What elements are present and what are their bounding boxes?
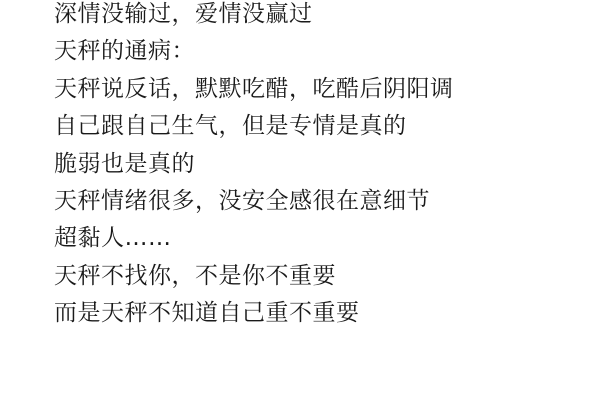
text-line: 深情没输过，爱情没赢过 [54, 0, 454, 33]
text-line: 自己跟自己生气，但是专情是真的 [54, 108, 454, 145]
text-line: 超黏人…… [54, 220, 454, 257]
text-line: 天秤不找你，不是你不重要 [54, 258, 454, 295]
text-line: 脆弱也是真的 [54, 146, 454, 183]
text-line: 天秤的通病： [54, 33, 454, 70]
text-line: 天秤情绪很多，没安全感很在意细节 [54, 183, 454, 220]
text-line: 天秤说反话，默默吃醋，吃酷后阴阳调 [54, 71, 454, 108]
text-document: 深情没输过，爱情没赢过 天秤的通病： 天秤说反话，默默吃醋，吃酷后阴阳调 自己跟… [54, 0, 454, 333]
text-line: 而是天秤不知道自己重不重要 [54, 295, 454, 332]
